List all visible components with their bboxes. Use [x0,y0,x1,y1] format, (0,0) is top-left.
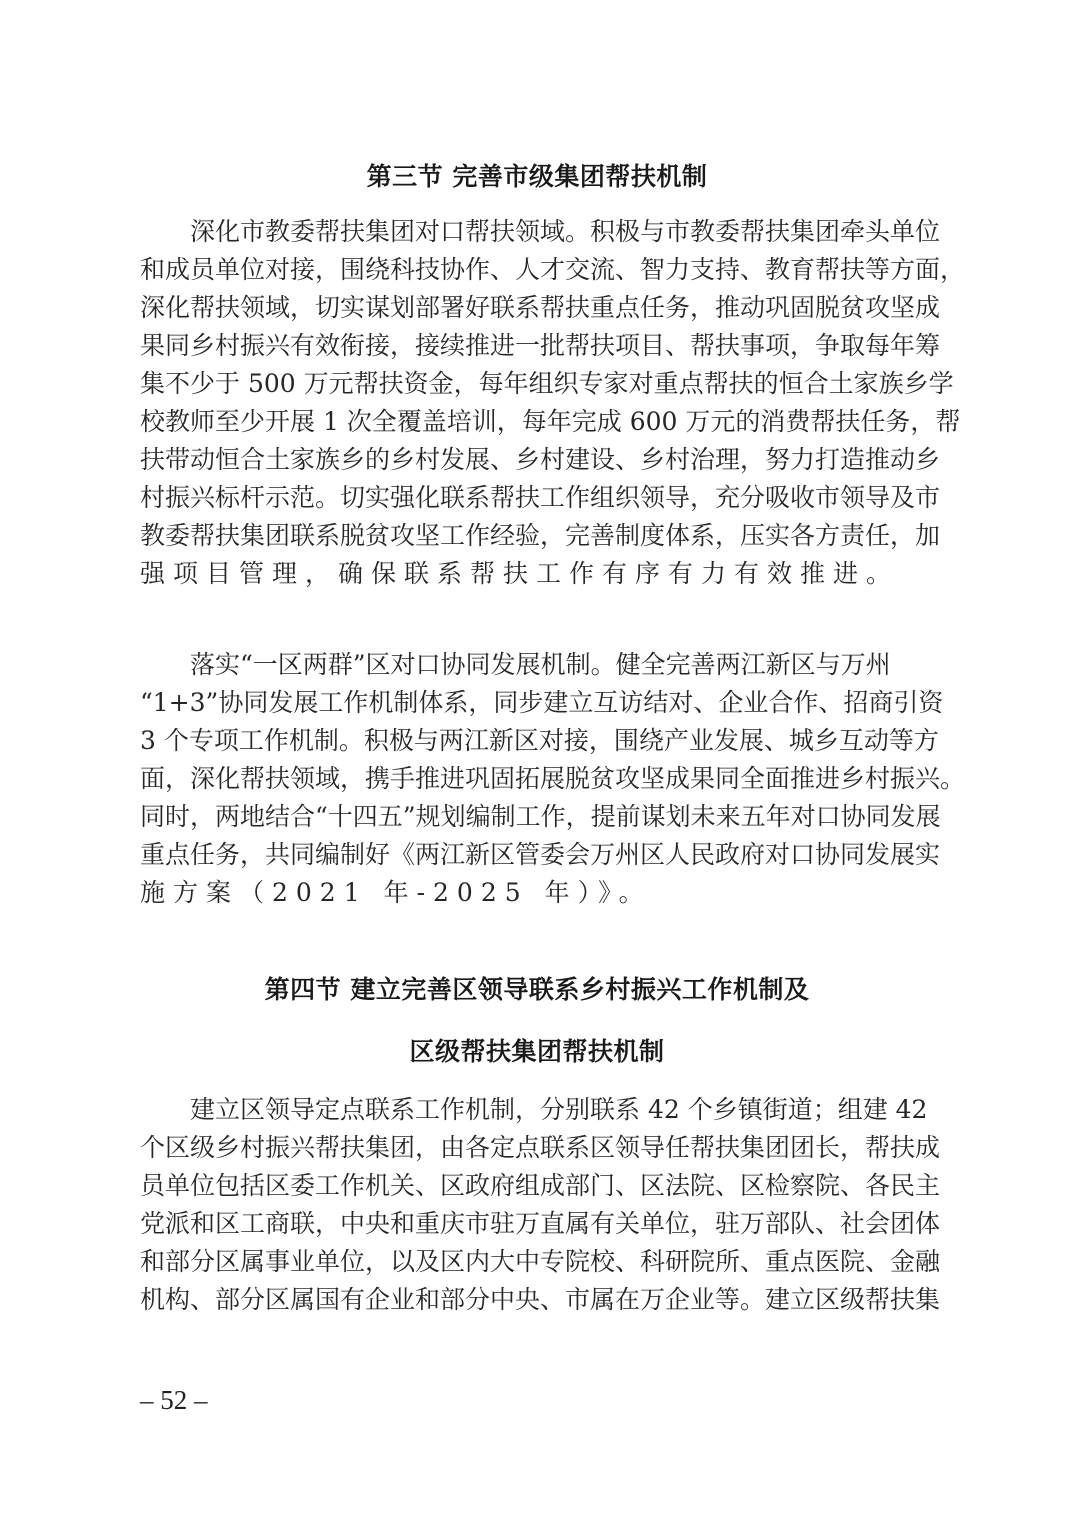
text-line: 个区级乡村振兴帮扶集团，由各定点联系区领导任帮扶集团团长，帮扶成 [140,1133,936,1163]
text-line: 和部分区属事业单位，以及区内大中专院校、科研院所、重点医院、金融 [140,1247,936,1277]
text-line: 重点任务，共同编制好《两江新区管委会万州区人民政府对口协同发展实 [140,840,936,870]
section-3-title: 第三节 完善市级集团帮扶机制 [0,162,1074,192]
section-4-title-line-2: 区级帮扶集团帮扶机制 [0,1037,1074,1067]
text-line: 党派和区工商联，中央和重庆市驻万直属有关单位，驻万部队、社会团体 [140,1209,936,1239]
text-line: 果同乡村振兴有效衔接，接续推进一批帮扶项目、帮扶事项，争取每年筹 [140,331,936,361]
text-line: 3 个专项工作机制。积极与两江新区对接，围绕产业发展、城乡互动等方 [140,726,936,756]
text-line: 面，深化帮扶领域，携手推进巩固拓展脱贫攻坚成果同全面推进乡村振兴。 [140,764,936,794]
text-line: 深化市教委帮扶集团对口帮扶领域。积极与市教委帮扶集团牵头单位 [190,217,936,247]
text-line: 员单位包括区委工作机关、区政府组成部门、区法院、区检察院、各民主 [140,1171,936,1201]
text-line: “1+3”协同发展工作机制体系，同步建立互访结对、企业合作、招商引资 [140,688,936,718]
text-line: 深化帮扶领域，切实谋划部署好联系帮扶重点任务，推动巩固脱贫攻坚成 [140,293,936,323]
text-line: 强项目管理，确保联系帮扶工作有序有力有效推进。 [140,559,936,589]
text-line: 村振兴标杆示范。切实强化联系帮扶工作组织领导，充分吸收市领导及市 [140,483,936,513]
text-line: 集不少于 500 万元帮扶资金，每年组织专家对重点帮扶的恒合土家族乡学 [140,369,936,399]
text-line: 建立区领导定点联系工作机制，分别联系 42 个乡镇街道；组建 42 [190,1095,936,1125]
document-page: 第三节 完善市级集团帮扶机制 深化市教委帮扶集团对口帮扶领域。积极与市教委帮扶集… [0,0,1074,1520]
text-line: 扶带动恒合土家族乡的乡村发展、乡村建设、乡村治理，努力打造推动乡 [140,445,936,475]
text-line: 校教师至少开展 1 次全覆盖培训，每年完成 600 万元的消费帮扶任务，帮 [140,407,936,437]
text-line: 落实“一区两群”区对口协同发展机制。健全完善两江新区与万州 [190,650,936,680]
text-line: 施方案（2021 年-2025 年）》。 [140,878,936,908]
page-number: – 52 – [140,1385,208,1415]
text-line: 和成员单位对接，围绕科技协作、人才交流、智力支持、教育帮扶等方面， [140,255,936,285]
section-4-title-line-1: 第四节 建立完善区领导联系乡村振兴工作机制及 [0,975,1074,1005]
text-line: 教委帮扶集团联系脱贫攻坚工作经验，完善制度体系，压实各方责任，加 [140,521,936,551]
text-line: 同时，两地结合“十四五”规划编制工作，提前谋划未来五年对口协同发展 [140,802,936,832]
text-line: 机构、部分区属国有企业和部分中央、市属在万企业等。建立区级帮扶集 [140,1285,936,1315]
